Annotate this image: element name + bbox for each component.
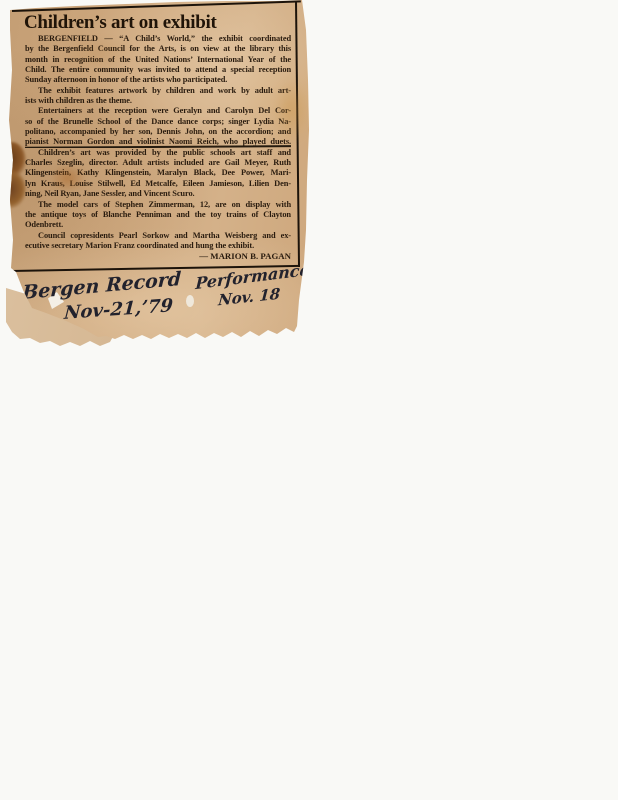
article-line: BERGENFIELD — “A Child’s World,” the exh… (25, 34, 291, 44)
article-line: Entertainers at the reception were Geral… (25, 106, 291, 116)
article-line: The exhibit features artwork by children… (25, 86, 291, 96)
stain-yellow-right (274, 78, 310, 142)
article-line: the antique toys of Blanche Penniman and… (25, 210, 291, 220)
article-line: Child. The entire community was invited … (25, 65, 291, 75)
article-headline: Children’s art on exhibit (24, 12, 294, 34)
article-line: ecutive secretary Marion Franz coordinat… (25, 241, 291, 251)
stain-faint-middle (156, 120, 246, 160)
stain-faint-top (64, 36, 134, 70)
clipping-paper: Children’s art on exhibit BERGENFIELD — … (6, 0, 312, 352)
article-line: Children’s art was provided by the publi… (25, 148, 291, 158)
article-line: Odenbrett. (25, 220, 291, 230)
article-line: Sunday afternoon in honor of the artists… (25, 75, 291, 85)
handwriting-date-left: Nov-21,’79 (63, 295, 173, 324)
stain-dark-lower (0, 170, 26, 208)
paper-hole-center (186, 295, 194, 307)
top-rule (12, 0, 301, 12)
stain-rust-smudge (50, 164, 86, 192)
article-line: Council copresidents Pearl Sorkow and Ma… (25, 231, 291, 241)
article-byline: — MARION B. PAGAN (25, 251, 291, 262)
article-line: ists with children as the theme. (25, 96, 291, 106)
article-line: The model cars of Stephen Zimmerman, 12,… (25, 200, 291, 210)
newspaper-clipping: Children’s art on exhibit BERGENFIELD — … (6, 0, 312, 352)
article-line: so of the Brunelle School of the Dance d… (25, 117, 291, 127)
